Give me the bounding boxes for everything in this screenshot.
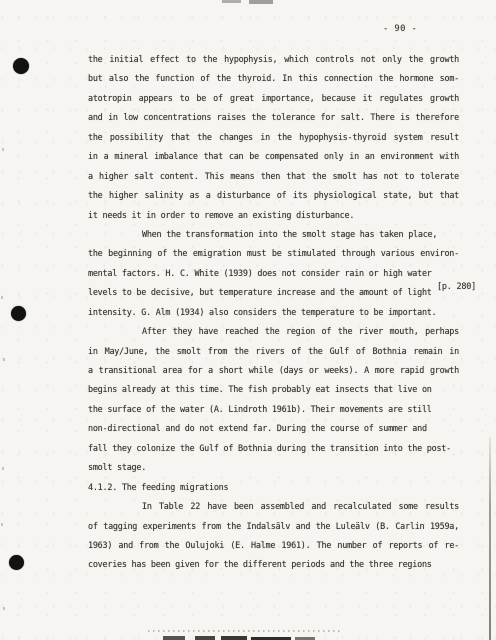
text-line: fall they colonize the Gulf of Bothnia d… xyxy=(88,439,459,458)
text-line: After they have reached the region of th… xyxy=(88,322,459,341)
text-line: of tagging experiments from the Indalsäl… xyxy=(88,517,459,536)
text-line: it needs it in order to remove an existi… xyxy=(88,206,459,225)
text-line: and in low concentrations raises the tol… xyxy=(88,108,459,127)
text-line: intensity. G. Alm (1934) also considers … xyxy=(88,303,459,322)
film-edge-mark-bottom xyxy=(221,636,247,640)
film-edge-mark-top xyxy=(222,0,241,3)
film-edge-mark-bottom xyxy=(163,636,185,640)
text-line: a transitional area for a short while (d… xyxy=(88,361,459,380)
scanned-document-page: { "colors": { "paper": "#f6f5f1", "ink":… xyxy=(0,0,496,640)
text-line: When the transformation into the smolt s… xyxy=(88,225,459,244)
text-line: in a mineral imbalance that can be compe… xyxy=(88,147,459,166)
scan-speck xyxy=(3,607,5,610)
text-line: but also the function of the thyroid. In… xyxy=(88,69,459,88)
punch-hole xyxy=(9,555,24,570)
text-line: 1963) and from the Oulujoki (E. Halme 19… xyxy=(88,536,459,555)
text-line: in May/June, the smolt from the rivers o… xyxy=(88,342,459,361)
page-body-text: the initial effect to the hypophysis, wh… xyxy=(88,50,459,575)
margin-page-note: [p. 280] xyxy=(437,280,476,293)
scan-speck xyxy=(1,523,3,526)
scan-speck xyxy=(1,296,3,299)
text-line: the higher salinity as a disturbance of … xyxy=(88,186,459,205)
text-line: In Table 22 have been assembled and reca… xyxy=(88,497,459,516)
text-line: coveries has been given for the differen… xyxy=(88,555,459,574)
text-line: mental factors. H. C. White (1939) does … xyxy=(88,264,459,283)
text-line: levels to be decisive, but temperature i… xyxy=(88,283,459,302)
text-line: the beginning of the emigration must be … xyxy=(88,244,459,263)
text-line: the initial effect to the hypophysis, wh… xyxy=(88,50,459,69)
scan-speck xyxy=(2,467,4,470)
text-line: atotropin appears to be of great importa… xyxy=(88,89,459,108)
film-edge-mark-top xyxy=(249,0,273,4)
text-line: smolt stage. xyxy=(88,458,459,477)
film-edge-mark-bottom xyxy=(195,636,215,640)
punch-hole xyxy=(11,306,26,321)
text-line: non-directional and do not extend far. D… xyxy=(88,419,459,438)
section-heading: 4.1.2. The feeding migrations xyxy=(88,478,459,497)
scan-edge-line xyxy=(489,437,491,640)
scan-speck xyxy=(2,148,4,151)
text-line: the surface of the water (A. Lindroth 19… xyxy=(88,400,459,419)
text-line: the possibility that the changes in the … xyxy=(88,128,459,147)
punch-hole xyxy=(13,58,29,74)
text-line: begins already at this time. The fish pr… xyxy=(88,380,459,399)
text-line: a higher salt content. This means then t… xyxy=(88,167,459,186)
scan-speck xyxy=(3,358,5,361)
page-number: - 90 - xyxy=(383,22,417,36)
scan-speckle-streak xyxy=(148,630,340,632)
